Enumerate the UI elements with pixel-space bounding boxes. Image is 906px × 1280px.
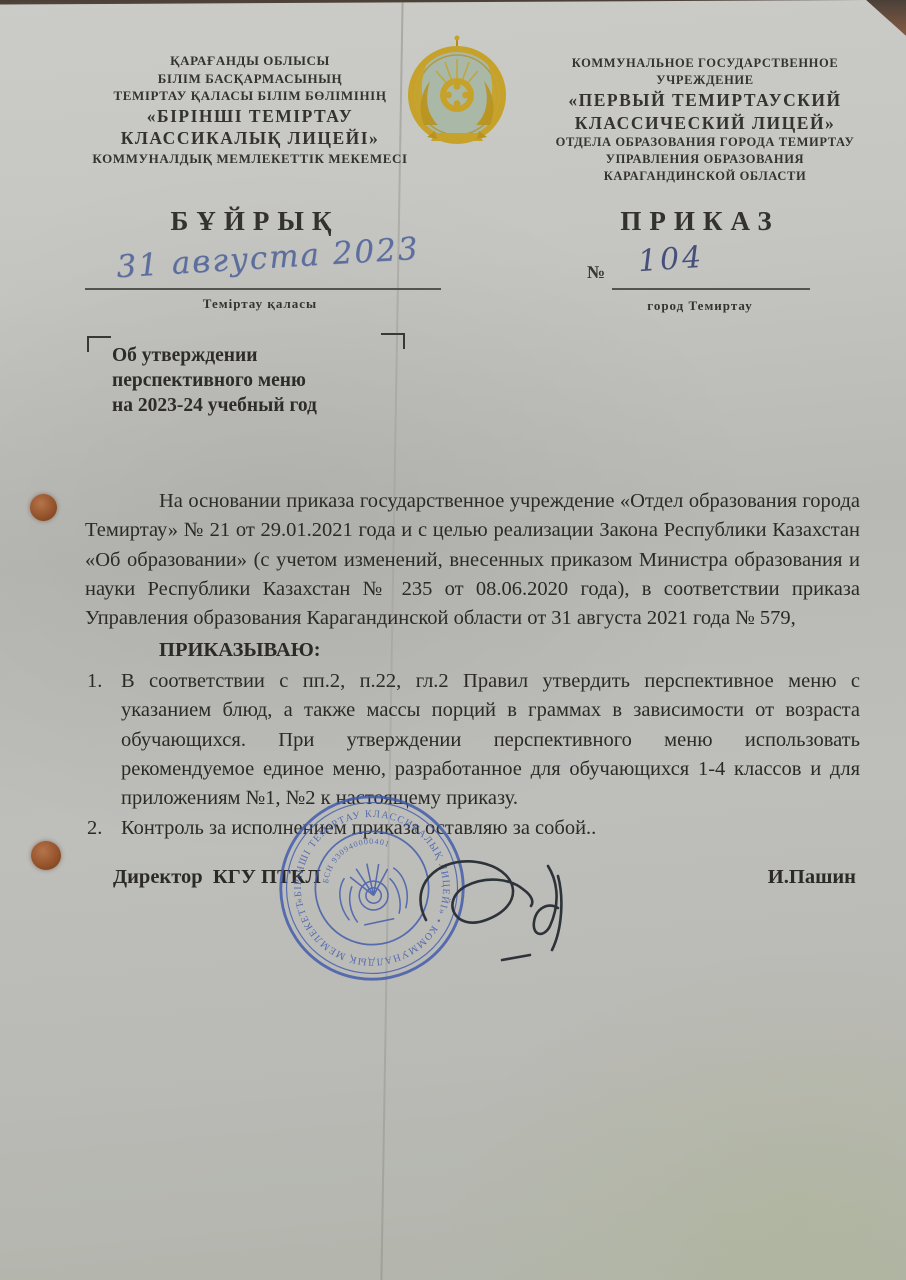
subject-line: перспективного меню	[112, 369, 412, 394]
punch-hole-top	[30, 494, 57, 521]
list-item: 1. В соответствии с пп.2, п.22, гл.2 Пра…	[85, 667, 860, 814]
city-label-russian: город Темиртау	[545, 298, 855, 314]
subject-line: на 2023-24 учебный год	[112, 394, 412, 419]
org-line: КАРАГАНДИНСКОЙ ОБЛАСТИ	[538, 168, 872, 185]
kazakhstan-coat-of-arms-icon	[404, 33, 510, 159]
list-item-text: В соответствии с пп.2, п.22, гл.2 Правил…	[121, 670, 860, 809]
number-underline	[612, 288, 810, 290]
handwritten-order-number: 104	[637, 240, 706, 280]
subject-line: Об утверждении	[112, 344, 412, 369]
org-line: ҚАРАҒАНДЫ ОБЛЫСЫ	[92, 52, 408, 70]
org-line: КОММУНАЛЬНОЕ ГОСУДАРСТВЕННОЕ УЧРЕЖДЕНИЕ	[538, 55, 872, 89]
punch-hole-bottom	[31, 841, 61, 870]
signer-name: И.Пашин	[768, 866, 856, 889]
date-underline	[85, 288, 441, 290]
org-name-line: «ПЕРВЫЙ ТЕМИРТАУСКИЙ	[538, 89, 872, 112]
org-name-line: КЛАССИКАЛЫҚ ЛИЦЕЙІ»	[92, 127, 408, 150]
org-line: УПРАВЛЕНИЯ ОБРАЗОВАНИЯ	[538, 151, 872, 168]
handwritten-signature	[398, 838, 628, 978]
org-header-kazakh: ҚАРАҒАНДЫ ОБЛЫСЫ БІЛІМ БАСҚАРМАСЫНЫҢ ТЕМ…	[92, 52, 408, 168]
list-item-number: 2.	[87, 814, 102, 843]
order-title-russian: ПРИКАЗ	[545, 206, 855, 237]
svg-text:БСН 930940000401: БСН 930940000401	[314, 832, 398, 886]
order-items-list: 1. В соответствии с пп.2, п.22, гл.2 Пра…	[85, 667, 860, 844]
order-title-kazakh: БҰЙРЫҚ	[95, 206, 415, 237]
resolution-word: ПРИКАЗЫВАЮ:	[159, 636, 860, 665]
org-line: КОММУНАЛДЫҚ МЕМЛЕКЕТТІК МЕКЕМЕСІ	[92, 150, 408, 168]
handwritten-date: 31 августа 2023	[97, 230, 439, 287]
org-name-line: «БІРІНШІ ТЕМІРТАУ	[92, 105, 408, 128]
number-sign-label: №	[587, 262, 605, 283]
subject-corner-mark-left	[87, 336, 111, 352]
scanned-order-page: ҚАРАҒАНДЫ ОБЛЫСЫ БІЛІМ БАСҚАРМАСЫНЫҢ ТЕМ…	[0, 0, 906, 1280]
city-label-kazakh: Теміртау қаласы	[95, 296, 425, 312]
stamp-inner-text: БСН 930940000401	[314, 832, 398, 886]
org-line: ТЕМІРТАУ ҚАЛАСЫ БІЛІМ БӨЛІМІНІҢ	[92, 87, 408, 105]
list-item-number: 1.	[87, 667, 102, 696]
order-body: На основании приказа государственное учр…	[85, 487, 860, 844]
org-name-line: КЛАССИЧЕСКИЙ ЛИЦЕЙ»	[538, 112, 872, 135]
org-line: БІЛІМ БАСҚАРМАСЫНЫҢ	[92, 70, 408, 88]
order-subject: Об утверждении перспективного меню на 20…	[112, 344, 412, 418]
preamble-paragraph: На основании приказа государственное учр…	[85, 487, 860, 634]
org-line: ОТДЕЛА ОБРАЗОВАНИЯ ГОРОДА ТЕМИРТАУ	[538, 134, 872, 151]
org-header-russian: КОММУНАЛЬНОЕ ГОСУДАРСТВЕННОЕ УЧРЕЖДЕНИЕ …	[538, 55, 872, 185]
